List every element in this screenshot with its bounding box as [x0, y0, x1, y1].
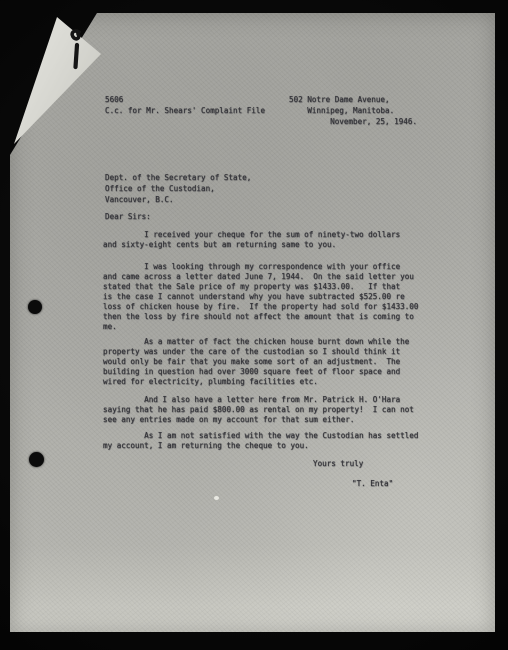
scanned-letter-page: 5606 C.c. for Mr. Shears' Complaint File…: [0, 0, 508, 650]
paragraph-3: As a matter of fact the chicken house bu…: [103, 337, 409, 387]
letter-paper: 5606 C.c. for Mr. Shears' Complaint File…: [10, 13, 495, 632]
salutation: Dear Sirs:: [105, 212, 151, 222]
signature-line: "T. Enta": [352, 479, 393, 489]
paper-speck: [214, 496, 219, 500]
hole-punch-top: [28, 300, 42, 314]
hole-punch-bottom: [29, 452, 44, 467]
file-reference-block: 5606 C.c. for Mr. Shears' Complaint File: [105, 94, 265, 116]
paragraph-5: As I am not satisfied with the way the C…: [103, 431, 418, 451]
paragraph-4: And I also have a letter here from Mr. P…: [103, 395, 414, 425]
paragraph-2: I was looking through my correspondence …: [103, 262, 418, 332]
handwritten-mark-1: [66, 27, 88, 75]
sender-address-block: 502 Notre Dame Avenue, Winnipeg, Manitob…: [289, 94, 417, 127]
closing-line: Yours truly: [313, 459, 363, 469]
recipient-address-block: Dept. of the Secretary of State, Office …: [105, 172, 251, 205]
paragraph-1: I received your cheque for the sum of ni…: [103, 230, 400, 250]
